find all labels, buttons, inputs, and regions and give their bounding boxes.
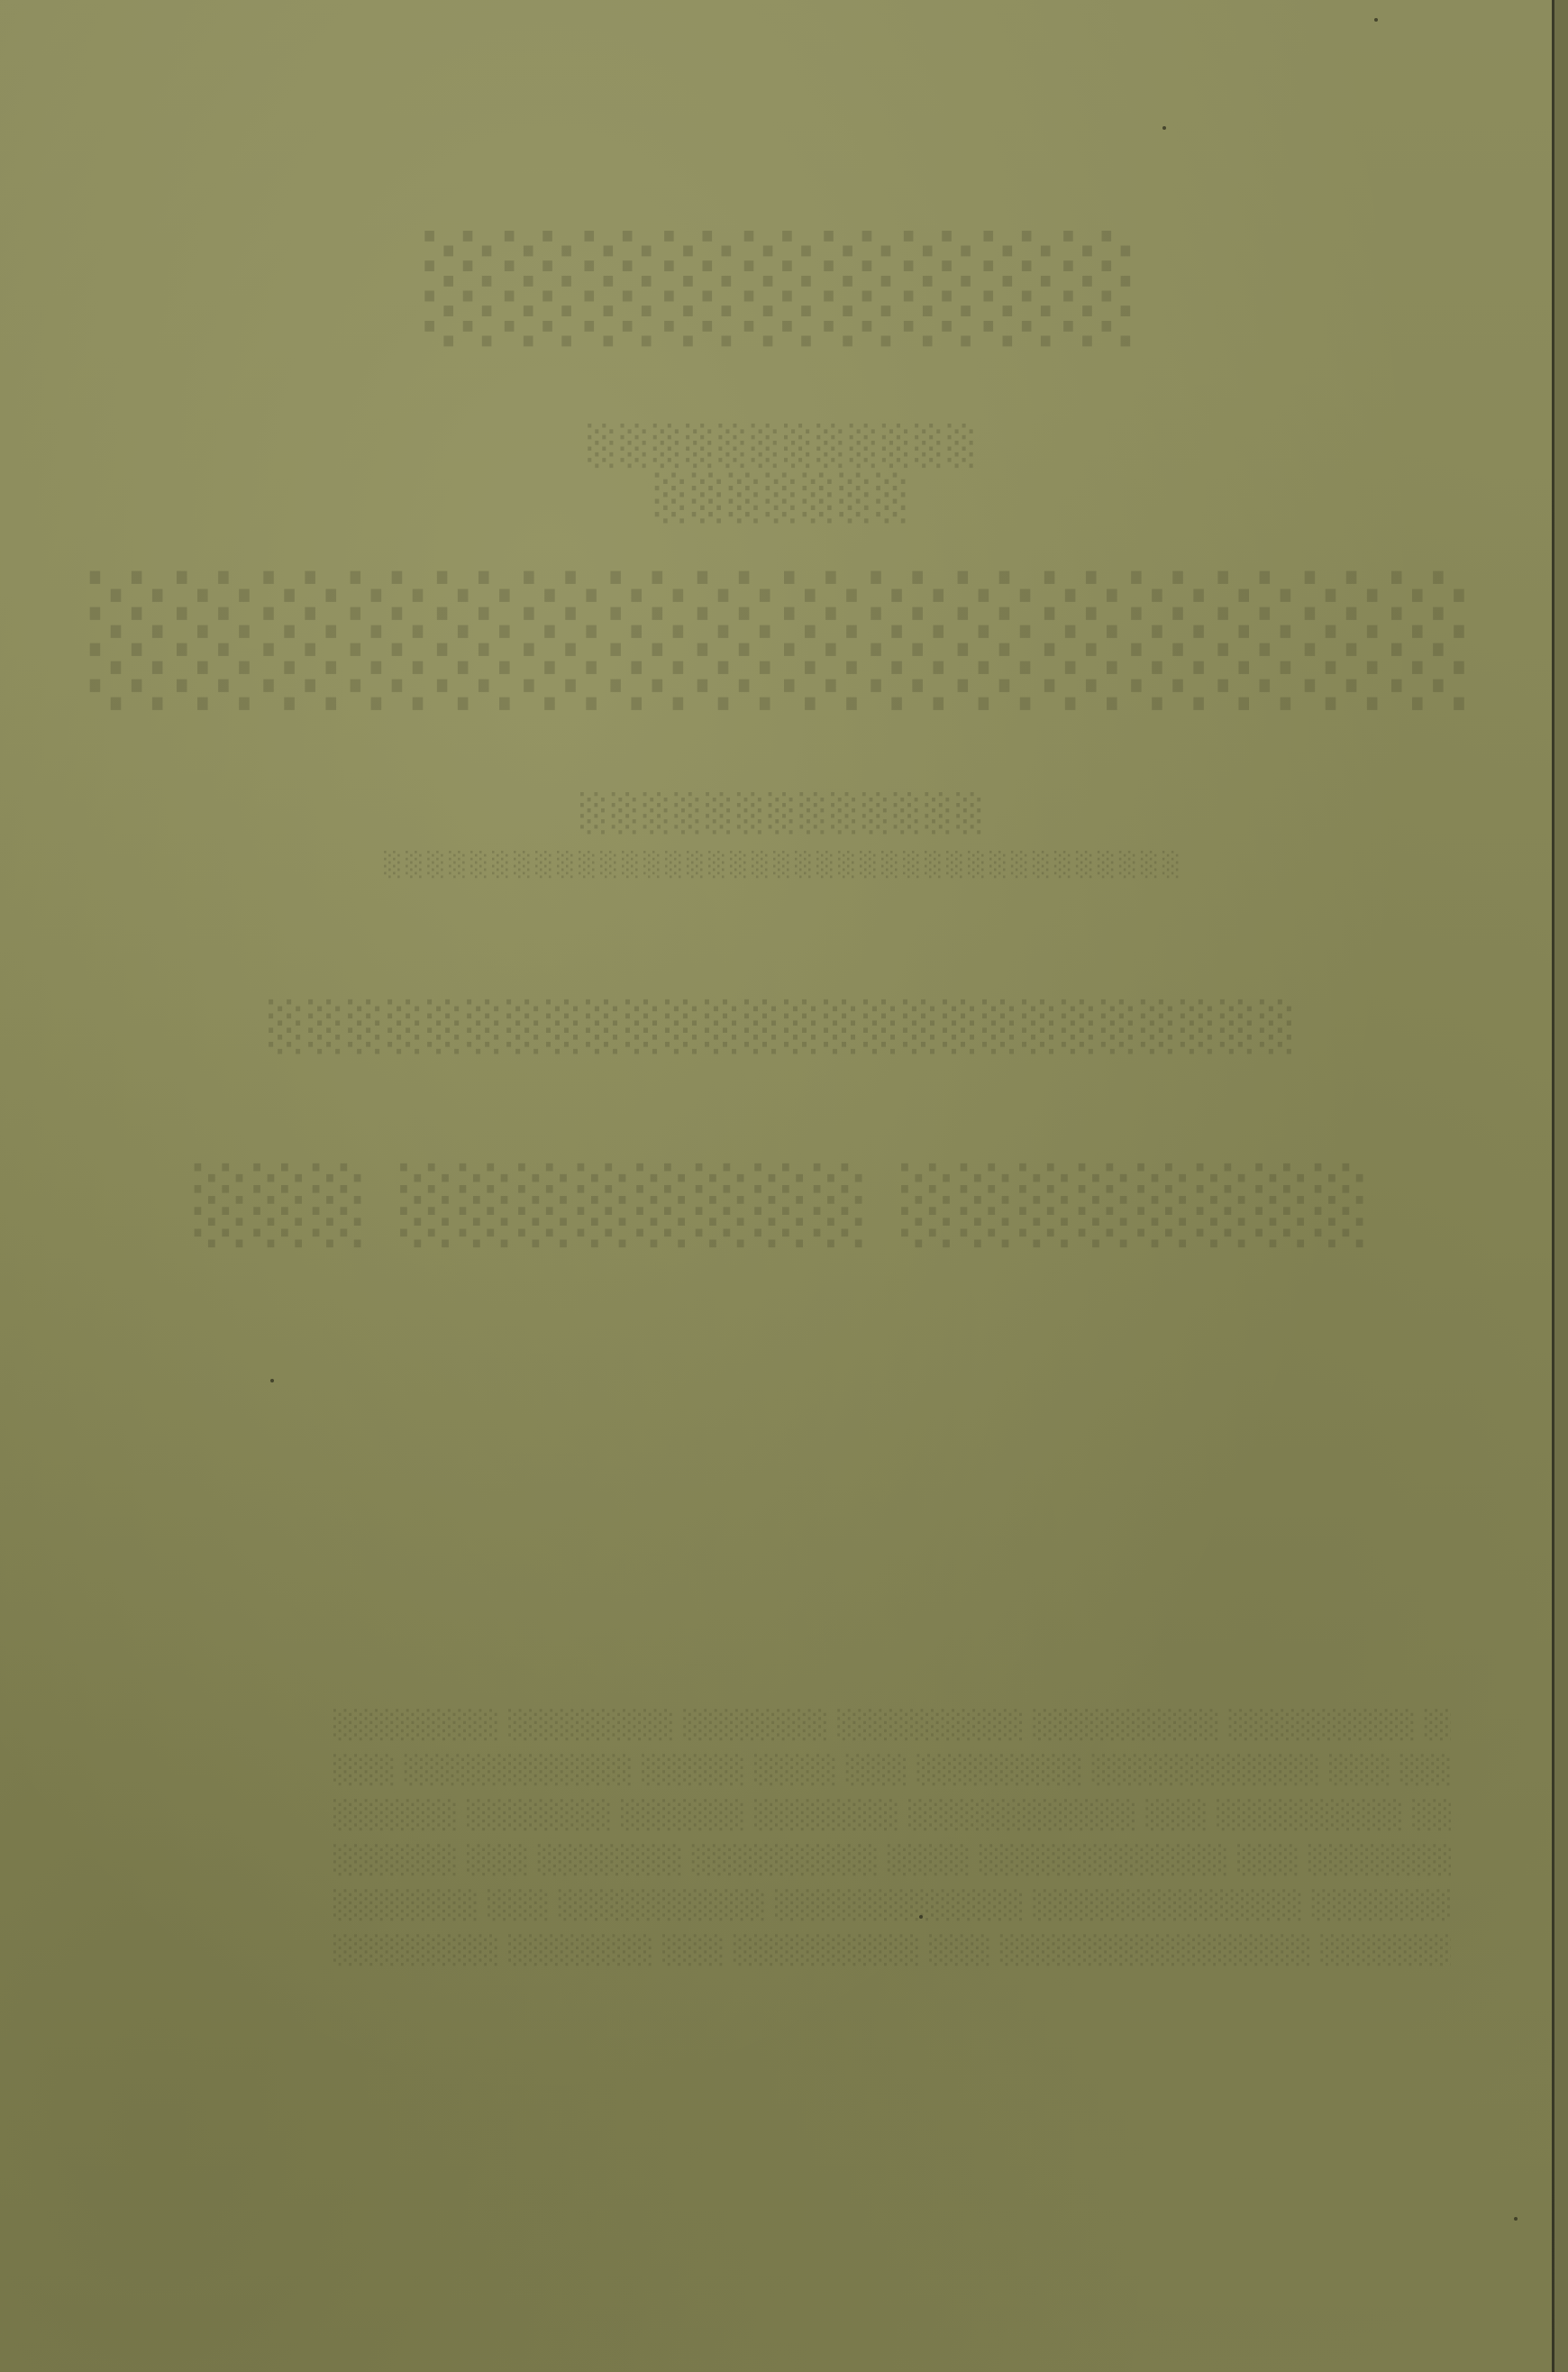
body-paragraph: ░░░░░░░░ ░░░░░░░░ ░░░░░░░ ░░░░░░░░░ ░░░░…: [333, 1703, 1451, 1974]
page-edge-line: [1552, 0, 1554, 2372]
ink-speck: [1162, 126, 1166, 130]
small-print-line: ░░░░░░░░░░░░░░░░░░░░░░░░░░░░░░░░░░░░░: [0, 852, 1568, 879]
body-line: ░░░░░░░░ ░░░░░░░ ░░░ ░░░░░░░░░ ░░░ ░░░░░…: [333, 1929, 1451, 1974]
body-line: ░░░ ░░░░░░░░░░░ ░░░░░ ░░░░ ░░░ ░░░░░░░░ …: [333, 1748, 1451, 1793]
title-line: ░░░░░░░░░: [0, 230, 1568, 346]
main-heading: ░░░░░░░░░░░░░░░░: [0, 570, 1568, 710]
body-line: ░░░░░░░░ ░░░░░░░░ ░░░░░░░ ░░░░░░░░░ ░░░░…: [333, 1703, 1451, 1748]
ink-speck: [919, 1915, 923, 1919]
ink-speck: [270, 1379, 274, 1382]
scanned-page: ░░░░░░░░░ ░░░░░░░░░░░░ ░░░░░░░ ░░░░░░░░░…: [0, 0, 1568, 2372]
body-line: ░░░░░░ ░░░░░░░ ░░░░░░ ░░░░░░░ ░░░░░░░░░░…: [333, 1793, 1451, 1838]
ink-speck: [1374, 18, 1378, 22]
heading-line: ░░░░░░░░░░░░░: [0, 793, 1568, 835]
heading-line: ░░░░░░░░░░░░░░░░░░░░░░░░░░: [0, 1000, 1568, 1054]
subtitle-line: ░░░░░░░░░░░░: [0, 424, 1568, 468]
heading-line: ░░░ ░░░░░░░░ ░░░░░░░░: [0, 1163, 1568, 1247]
page-edge: [1554, 0, 1568, 2372]
body-line: ░░░░░░ ░░░ ░░░░░░░ ░░░░░░░░░ ░░░░ ░░░░░░…: [333, 1838, 1451, 1884]
subtitle-line: ░░░░░░░: [0, 473, 1568, 524]
ink-speck: [1514, 2217, 1518, 2221]
body-line: ░░░░░░░ ░░░ ░░░░░░░░░░ ░░░░░░░░░░░░ ░░░░…: [333, 1884, 1451, 1929]
